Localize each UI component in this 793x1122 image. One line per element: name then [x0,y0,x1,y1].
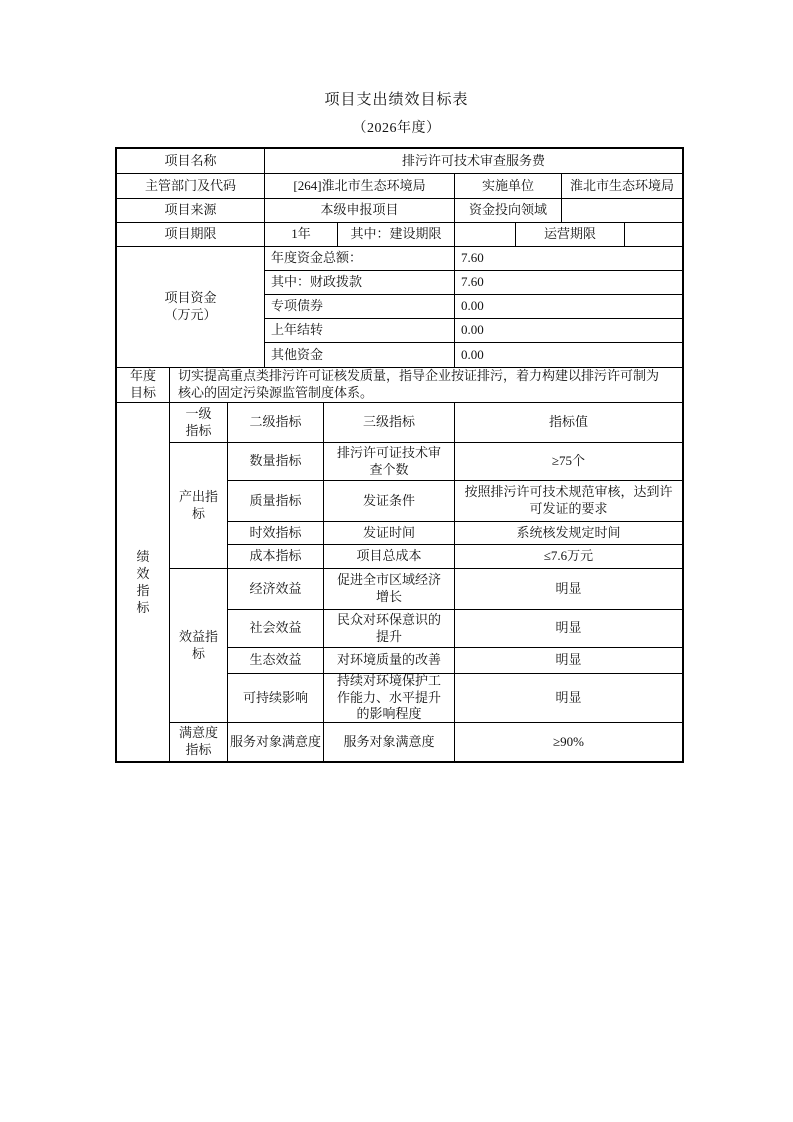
group-output-label: 产出指 标 [170,443,228,569]
indicator-l2: 可持续影响 [228,674,324,723]
page-subtitle: （2026年度） [0,121,793,137]
indicators-side-label: 绩 效 指 标 [117,403,170,761]
table-row: 社会效益 民众对环保意识的 提升 明显 [228,610,682,648]
funds-rows: 年度资金总额： 7.60 其中：财政拨款 7.60 专项债券 0.00 上年结转… [265,247,682,368]
indicators-header-row: 一级 指标 二级指标 三级指标 指标值 [170,403,682,443]
indicator-l3: 排污许可证技术审 查个数 [324,443,455,481]
group-benefit-label: 效益指 标 [170,569,228,723]
funds-fiscal-label: 其中：财政拨款 [265,271,455,295]
funds-total-value: 7.60 [455,247,682,271]
indicator-l2: 服务对象满意度 [228,723,324,761]
source-value: 本级申报项目 [265,199,455,223]
annual-goal-row: 年度 目标 切实提高重点类排污许可证核发质量，指导企业按证排污，着力构建以排污许… [117,368,682,403]
funds-bond-value: 0.00 [455,295,682,319]
table-row: 项目名称 排污许可技术审查服务费 [117,149,682,174]
invest-field-label: 资金投向领域 [455,199,562,223]
header-level3: 三级指标 [324,403,455,443]
indicator-l2: 成本指标 [228,545,324,569]
table-row: 年度资金总额： 7.60 [265,247,682,271]
indicator-l3: 发证时间 [324,522,455,545]
impl-unit-value: 淮北市生态环境局 [562,174,682,199]
construction-period-value [455,223,516,247]
impl-unit-label: 实施单位 [455,174,562,199]
table-row: 其他资金 0.00 [265,343,682,368]
table-row: 专项债券 0.00 [265,295,682,319]
table-row: 生态效益 对环境质量的改善 明显 [228,648,682,674]
indicator-l3: 发证条件 [324,481,455,522]
indicator-l2: 生态效益 [228,648,324,674]
funds-fiscal-value: 7.60 [455,271,682,295]
table-row: 数量指标 排污许可证技术审 查个数 ≥75个 [228,443,682,481]
funds-total-label: 年度资金总额： [265,247,455,271]
annual-goal-text: 切实提高重点类排污许可证核发质量，指导企业按证排污，着力构建以排污许可制为 核心… [170,368,682,403]
indicators-body: 一级 指标 二级指标 三级指标 指标值 产出指 标 数量指标 排污许可证技术审 … [170,403,682,761]
indicator-l3: 项目总成本 [324,545,455,569]
indicator-l3: 持续对环境保护工 作能力、水平提升 的影响程度 [324,674,455,723]
funds-other-value: 0.00 [455,343,682,368]
header-level1: 一级 指标 [170,403,228,443]
page-title: 项目支出绩效目标表 [0,0,793,108]
table-row: 上年结转 0.00 [265,319,682,343]
operation-period-value [625,223,682,247]
table-row: 服务对象满意度 服务对象满意度 ≥90% [228,723,682,761]
table-row: 其中：财政拨款 7.60 [265,271,682,295]
table-row: 成本指标 项目总成本 ≤7.6万元 [228,545,682,569]
indicator-value: 系统核发规定时间 [455,522,682,545]
funds-carryover-label: 上年结转 [265,319,455,343]
funds-other-label: 其他资金 [265,343,455,368]
indicator-l2: 经济效益 [228,569,324,610]
performance-target-table: 项目名称 排污许可技术审查服务费 主管部门及代码 [264]淮北市生态环境局 实… [115,147,684,763]
table-row: 可持续影响 持续对环境保护工 作能力、水平提升 的影响程度 明显 [228,674,682,723]
indicator-value: 明显 [455,648,682,674]
header-level2: 二级指标 [228,403,324,443]
funds-section: 项目资金 （万元） 年度资金总额： 7.60 其中：财政拨款 7.60 专项债券… [117,247,682,368]
source-label: 项目来源 [117,199,265,223]
indicator-value: ≥75个 [455,443,682,481]
indicator-l2: 质量指标 [228,481,324,522]
indicator-l3: 民众对环保意识的 提升 [324,610,455,648]
indicator-l2: 数量指标 [228,443,324,481]
document-page: 项目支出绩效目标表 （2026年度） 项目名称 排污许可技术审查服务费 主管部门… [0,0,793,1122]
table-row: 项目来源 本级申报项目 资金投向领域 [117,199,682,223]
construction-period-label: 其中：建设期限 [338,223,455,247]
indicator-value: 按照排污许可技术规范审核，达到许 可发证的要求 [455,481,682,522]
table-row: 项目期限 1年 其中：建设期限 运营期限 [117,223,682,247]
table-row: 时效指标 发证时间 系统核发规定时间 [228,522,682,545]
indicator-l3: 服务对象满意度 [324,723,455,761]
table-row: 质量指标 发证条件 按照排污许可技术规范审核，达到许 可发证的要求 [228,481,682,522]
indicator-l2: 时效指标 [228,522,324,545]
dept-value: [264]淮北市生态环境局 [265,174,455,199]
header-value: 指标值 [455,403,682,443]
indicator-value: 明显 [455,610,682,648]
indicator-l2: 社会效益 [228,610,324,648]
invest-field-value [562,199,682,223]
project-name-label: 项目名称 [117,149,265,174]
indicator-group-benefit: 效益指 标 经济效益 促进全市区域经济 增长 明显 社会效益 民众对环保意识的 … [170,569,682,723]
funds-bond-label: 专项债券 [265,295,455,319]
indicator-group-satisfaction: 满意度 指标 服务对象满意度 服务对象满意度 ≥90% [170,723,682,761]
table-row: 经济效益 促进全市区域经济 增长 明显 [228,569,682,610]
funds-label: 项目资金 （万元） [117,247,265,368]
indicator-value: 明显 [455,569,682,610]
annual-goal-label: 年度 目标 [117,368,170,403]
operation-period-label: 运营期限 [516,223,625,247]
indicator-value: ≤7.6万元 [455,545,682,569]
indicator-value: 明显 [455,674,682,723]
project-name-value: 排污许可技术审查服务费 [265,149,682,174]
group-satisfaction-label: 满意度 指标 [170,723,228,761]
indicators-section: 绩 效 指 标 一级 指标 二级指标 三级指标 指标值 产出指 标 数量指标 排… [117,403,682,761]
indicator-l3: 对环境质量的改善 [324,648,455,674]
indicator-group-output: 产出指 标 数量指标 排污许可证技术审 查个数 ≥75个 质量指标 发证条件 按… [170,443,682,569]
indicator-value: ≥90% [455,723,682,761]
table-row: 主管部门及代码 [264]淮北市生态环境局 实施单位 淮北市生态环境局 [117,174,682,199]
period-label: 项目期限 [117,223,265,247]
indicator-l3: 促进全市区域经济 增长 [324,569,455,610]
period-value: 1年 [265,223,338,247]
dept-label: 主管部门及代码 [117,174,265,199]
funds-carryover-value: 0.00 [455,319,682,343]
